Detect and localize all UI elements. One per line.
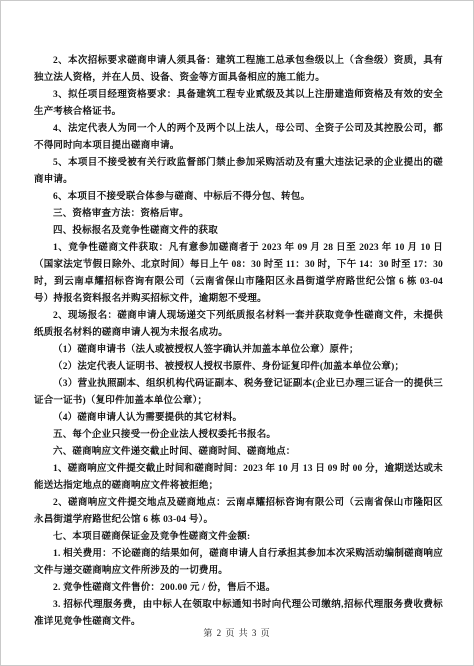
paragraph: 4、法定代表人为同一个人的两个及两个以上法人，母公司、全资子公司及其控股公司，都… [34, 121, 443, 155]
paragraph: 2、本次招标要求磋商申请人须具备：建筑工程施工总承包叁级以上（含叁级）资质，具有… [34, 53, 443, 87]
section-heading: 五、每个企业只接受一份企业法人授权委托书报名。 [34, 427, 443, 444]
paragraph: 3、拟任项目经理资格要求：具备建筑工程专业贰级及其以上注册建造师资格及有效的安全… [34, 87, 443, 121]
section-heading-label: 三、资格审查方法： [53, 209, 140, 219]
paragraph: （1）磋商申请书（法人或被授权人签字确认并加盖本单位公章）原件； [34, 342, 443, 359]
document-page: 2、本次招标要求磋商申请人须具备：建筑工程施工总承包叁级以上（含叁级）资质，具有… [0, 0, 474, 666]
section-heading: 六、磋商响应文件递交截止时间、磋商时间、磋商地点： [34, 444, 443, 461]
paragraph: 1. 相关费用：不论磋商的结果如何，磋商申请人自行承担其参加本次采购活动编制磋商… [34, 546, 443, 580]
page-footer: 第 2 页 共 3 页 [1, 626, 473, 639]
paragraph: 1、磋商响应文件提交截止时间和磋商时间：2023 年 10 月 13 日 09 … [34, 461, 443, 495]
paragraph: 2、磋商响应文件提交地点及磋商地点：云南卓耀招标咨询有限公司（云南省保山市隆阳区… [34, 495, 443, 529]
section-heading: 四、投标报名及竞争性磋商文件的获取 [34, 223, 443, 240]
section-heading-value: 资格后审。 [140, 209, 189, 219]
paragraph: 2、现场报名：磋商申请人现场递交下列纸质报名材料一套并获取竞争性磋商文件，未提供… [34, 308, 443, 342]
paragraph: 6、本项目不接受联合体参与磋商、中标后不得分包、转包。 [34, 189, 443, 206]
section-heading: 三、资格审查方法：资格后审。 [34, 206, 443, 223]
document-body: 2、本次招标要求磋商申请人须具备：建筑工程施工总承包叁级以上（含叁级）资质，具有… [34, 53, 443, 631]
paragraph: （2）法定代表人证明书、被授权人授权书原件、身份证复印件(加盖本单位公章)； [34, 359, 443, 376]
paragraph: 2. 竞争性磋商文件售价：200.00 元 / 份，售后不退。 [34, 580, 443, 597]
paragraph: 5、本项目不接受被有关行政监督部门禁止参加采购活动及有重大违法记录的企业提出的磋… [34, 155, 443, 189]
paragraph: （4）磋商申请人认为需要提供的其它材料。 [34, 410, 443, 427]
section-heading: 七、本项目磋商保证金及竞争性磋商文件金额: [34, 529, 443, 546]
paragraph: （3）营业执照副本、组织机构代码证副本、税务登记证副本(企业已办理三证合一的提供… [34, 376, 443, 410]
paragraph: 1、竞争性磋商文件获取：凡有意参加磋商者于 2023 年 09 月 28 日至 … [34, 240, 443, 308]
